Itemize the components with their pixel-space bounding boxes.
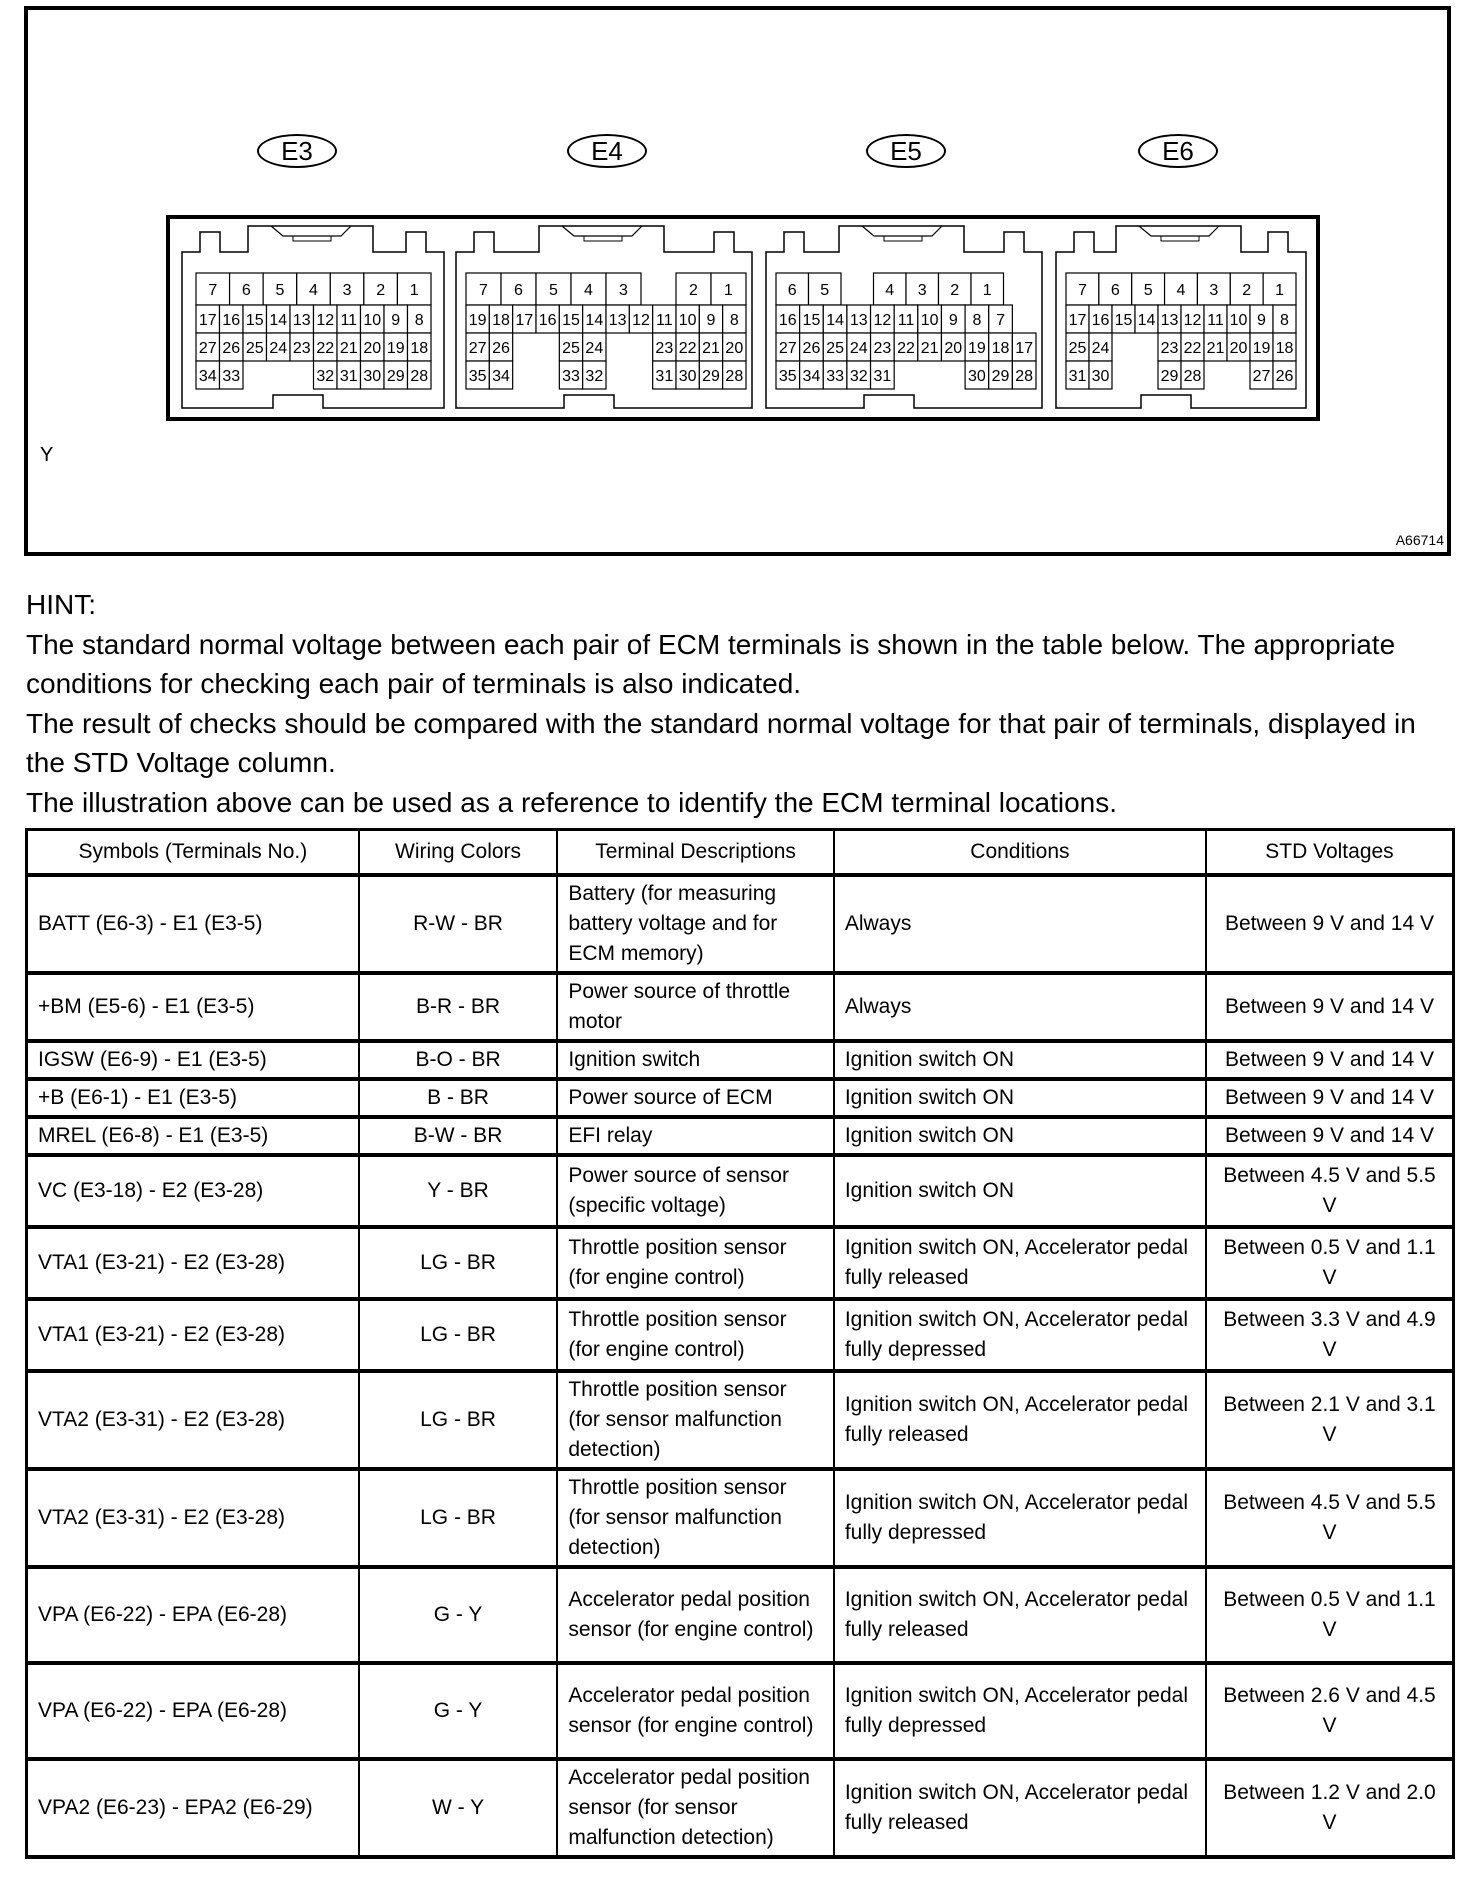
wiring-color-cell: LG - BR: [359, 1227, 558, 1299]
pin-number: 10: [921, 312, 939, 329]
wiring-color-cell: G - Y: [359, 1663, 558, 1759]
connector-label-e4: E4: [567, 134, 647, 168]
condition-cell: Ignition switch ON, Accelerator pedal fu…: [834, 1371, 1206, 1469]
pin-number: 22: [897, 340, 915, 357]
pin-number: 31: [655, 368, 673, 385]
pin-number: 17: [199, 312, 217, 329]
pin-number: 9: [707, 312, 716, 329]
pin-number: 20: [944, 340, 962, 357]
wiring-color-cell: LG - BR: [359, 1299, 558, 1371]
description-cell: EFI relay: [557, 1117, 834, 1155]
pin-number: 3: [619, 282, 628, 299]
pin-number: 17: [1015, 340, 1033, 357]
description-cell: Throttle position sensor (for engine con…: [557, 1227, 834, 1299]
pin-number: 27: [199, 340, 217, 357]
pin-number: 16: [222, 312, 240, 329]
symbol-cell: VC (E3-18) - E2 (E3-28): [27, 1155, 359, 1227]
pin-number: 18: [492, 312, 510, 329]
condition-cell: Ignition switch ON, Accelerator pedal fu…: [834, 1663, 1206, 1759]
pin-number: 26: [1276, 368, 1294, 385]
pin-number: 31: [873, 368, 891, 385]
pin-number: 24: [850, 340, 868, 357]
pin-number: 18: [992, 340, 1010, 357]
pin-number: 19: [469, 312, 487, 329]
std-voltage-cell: Between 0.5 V and 1.1 V: [1206, 1567, 1454, 1663]
symbol-cell: VPA (E6-22) - EPA (E6-28): [27, 1663, 359, 1759]
pin-number: 16: [779, 312, 797, 329]
pin-number: 18: [410, 340, 428, 357]
terminal-voltage-table: Symbols (Terminals No.) Wiring Colors Te…: [25, 828, 1455, 1859]
pin-number: 23: [293, 340, 311, 357]
pin-number: 2: [689, 282, 698, 299]
pin-number: 12: [1184, 312, 1202, 329]
pin-number: 34: [199, 368, 217, 385]
table-row: VTA1 (E3-21) - E2 (E3-28)LG - BRThrottle…: [27, 1299, 1454, 1371]
pin-number: 20: [1230, 340, 1248, 357]
wiring-color-cell: G - Y: [359, 1567, 558, 1663]
table-row: IGSW (E6-9) - E1 (E3-5)B-O - BRIgnition …: [27, 1041, 1454, 1079]
pin-number: 10: [1230, 312, 1248, 329]
condition-cell: Ignition switch ON: [834, 1079, 1206, 1117]
pin-number: 11: [1207, 312, 1224, 329]
table-row: MREL (E6-8) - E1 (E3-5)B-W - BREFI relay…: [27, 1117, 1454, 1155]
std-voltage-cell: Between 9 V and 14 V: [1206, 1079, 1454, 1117]
pin-number: 13: [850, 312, 868, 329]
pin-number: 7: [479, 282, 488, 299]
condition-cell: Ignition switch ON, Accelerator pedal fu…: [834, 1227, 1206, 1299]
table-row: VTA2 (E3-31) - E2 (E3-28)LG - BRThrottle…: [27, 1371, 1454, 1469]
connector-label-e5: E5: [866, 134, 946, 168]
pin-number: 6: [788, 282, 797, 299]
table-row: VTA1 (E3-21) - E2 (E3-28)LG - BRThrottle…: [27, 1227, 1454, 1299]
table-row: +B (E6-1) - E1 (E3-5)B - BRPower source …: [27, 1079, 1454, 1117]
description-cell: Throttle position sensor (for engine con…: [557, 1299, 834, 1371]
pin-number: 30: [679, 368, 697, 385]
pin-number: 21: [921, 340, 939, 357]
pin-number: 22: [316, 340, 334, 357]
pin-number: 35: [469, 368, 487, 385]
condition-cell: Ignition switch ON: [834, 1155, 1206, 1227]
pin-number: 19: [968, 340, 986, 357]
std-voltage-cell: Between 9 V and 14 V: [1206, 875, 1454, 973]
symbol-cell: VPA2 (E6-23) - EPA2 (E6-29): [27, 1759, 359, 1857]
pin-number: 14: [1138, 312, 1156, 329]
pin-number: 30: [968, 368, 986, 385]
pin-number: 29: [992, 368, 1010, 385]
pin-number: 4: [885, 282, 894, 299]
pin-number: 30: [363, 368, 381, 385]
description-cell: Accelerator pedal position sensor (for e…: [557, 1663, 834, 1759]
pin-number: 4: [309, 282, 318, 299]
pin-number: 21: [702, 340, 720, 357]
pin-number: 35: [779, 368, 797, 385]
pin-number: 31: [340, 368, 358, 385]
pin-number: 20: [363, 340, 381, 357]
pin-number: 15: [1115, 312, 1133, 329]
pin-number: 5: [275, 282, 284, 299]
pin-number: 31: [1069, 368, 1087, 385]
pin-number: 14: [826, 312, 844, 329]
pin-number: 13: [1161, 312, 1179, 329]
pin-number: 28: [725, 368, 743, 385]
description-cell: Power source of ECM: [557, 1079, 834, 1117]
table-row: VTA2 (E3-31) - E2 (E3-28)LG - BRThrottle…: [27, 1469, 1454, 1567]
pin-number: 2: [376, 282, 385, 299]
pin-number: 25: [826, 340, 844, 357]
pin-number: 30: [1092, 368, 1110, 385]
pin-number: 28: [410, 368, 428, 385]
table-row: BATT (E6-3) - E1 (E3-5)R-W - BRBattery (…: [27, 875, 1454, 973]
pin-number: 15: [803, 312, 821, 329]
hint-paragraph: The result of checks should be compared …: [26, 704, 1456, 783]
pin-number: 1: [410, 282, 419, 299]
condition-cell: Ignition switch ON, Accelerator pedal fu…: [834, 1759, 1206, 1857]
pin-number: 20: [725, 340, 743, 357]
pin-number: 8: [415, 312, 424, 329]
pin-number: 29: [1161, 368, 1179, 385]
pin-number: 7: [208, 282, 217, 299]
description-cell: Battery (for measuring battery voltage a…: [557, 875, 834, 973]
pin-number: 11: [898, 312, 915, 329]
symbol-cell: +B (E6-1) - E1 (E3-5): [27, 1079, 359, 1117]
pin-number: 12: [632, 312, 650, 329]
std-voltage-cell: Between 3.3 V and 4.9 V: [1206, 1299, 1454, 1371]
pin-number: 3: [918, 282, 927, 299]
column-header-std-voltages: STD Voltages: [1206, 830, 1454, 876]
wiring-color-cell: R-W - BR: [359, 875, 558, 973]
pin-number: 15: [562, 312, 580, 329]
std-voltage-cell: Between 4.5 V and 5.5 V: [1206, 1155, 1454, 1227]
pin-number: 22: [1184, 340, 1202, 357]
figure-id: A66714: [1396, 532, 1444, 548]
wiring-color-cell: B - BR: [359, 1079, 558, 1117]
pin-number: 33: [562, 368, 580, 385]
pin-number: 32: [585, 368, 603, 385]
description-cell: Power source of sensor (specific voltage…: [557, 1155, 834, 1227]
pin-number: 7: [996, 312, 1005, 329]
pin-number: 18: [1276, 340, 1294, 357]
pin-number: 5: [549, 282, 558, 299]
symbol-cell: VTA2 (E3-31) - E2 (E3-28): [27, 1469, 359, 1567]
description-cell: Ignition switch: [557, 1041, 834, 1079]
pin-number: 14: [585, 312, 603, 329]
pin-number: 27: [779, 340, 797, 357]
pin-number: 6: [1111, 282, 1120, 299]
table-row: VC (E3-18) - E2 (E3-28)Y - BRPower sourc…: [27, 1155, 1454, 1227]
symbol-cell: +BM (E5-6) - E1 (E3-5): [27, 973, 359, 1041]
pin-number: 23: [873, 340, 891, 357]
pin-number: 5: [1144, 282, 1153, 299]
description-cell: Accelerator pedal position sensor (for s…: [557, 1759, 834, 1857]
pin-number: 25: [246, 340, 264, 357]
pin-number: 10: [363, 312, 381, 329]
pin-number: 17: [515, 312, 533, 329]
pin-number: 9: [949, 312, 958, 329]
pin-number: 14: [269, 312, 287, 329]
description-cell: Throttle position sensor (for sensor mal…: [557, 1469, 834, 1567]
hint-heading: HINT:: [26, 585, 1456, 625]
pin-number: 8: [1280, 312, 1289, 329]
std-voltage-cell: Between 9 V and 14 V: [1206, 973, 1454, 1041]
symbol-cell: IGSW (E6-9) - E1 (E3-5): [27, 1041, 359, 1079]
pin-number: 2: [1242, 282, 1251, 299]
std-voltage-cell: Between 1.2 V and 2.0 V: [1206, 1759, 1454, 1857]
pin-number: 32: [850, 368, 868, 385]
pin-number: 13: [293, 312, 311, 329]
pin-number: 6: [514, 282, 523, 299]
pin-number: 17: [1069, 312, 1087, 329]
pin-number: 13: [609, 312, 627, 329]
pin-number: 3: [343, 282, 352, 299]
pin-number: 27: [469, 340, 487, 357]
condition-cell: Always: [834, 973, 1206, 1041]
pin-number: 26: [803, 340, 821, 357]
pin-number: 26: [222, 340, 240, 357]
std-voltage-cell: Between 4.5 V and 5.5 V: [1206, 1469, 1454, 1567]
wiring-color-cell: Y - BR: [359, 1155, 558, 1227]
pin-number: 27: [1253, 368, 1271, 385]
pin-number: 12: [316, 312, 334, 329]
description-cell: Power source of throttle motor: [557, 973, 834, 1041]
pin-number: 24: [1092, 340, 1110, 357]
symbol-cell: BATT (E6-3) - E1 (E3-5): [27, 875, 359, 973]
pin-number: 9: [1257, 312, 1266, 329]
pin-number: 19: [1253, 340, 1271, 357]
table-row: +BM (E5-6) - E1 (E3-5)B-R - BRPower sour…: [27, 973, 1454, 1041]
std-voltage-cell: Between 2.1 V and 3.1 V: [1206, 1371, 1454, 1469]
pin-number: 34: [803, 368, 821, 385]
ecm-connector-diagram: 7654321171615141312111098272625242322212…: [0, 0, 1472, 560]
symbol-cell: VTA1 (E3-21) - E2 (E3-28): [27, 1227, 359, 1299]
std-voltage-cell: Between 2.6 V and 4.5 V: [1206, 1663, 1454, 1759]
symbol-cell: VPA (E6-22) - EPA (E6-28): [27, 1567, 359, 1663]
pin-number: 15: [246, 312, 264, 329]
connector-e6: 7654321171615141312111098252423222120191…: [1056, 226, 1306, 408]
wiring-color-cell: B-O - BR: [359, 1041, 558, 1079]
pin-number: 24: [269, 340, 287, 357]
pin-number: 29: [702, 368, 720, 385]
pin-number: 4: [1177, 282, 1186, 299]
hint-paragraph: The illustration above can be used as a …: [26, 783, 1456, 823]
pin-number: 21: [1207, 340, 1225, 357]
pin-number: 23: [1161, 340, 1179, 357]
pin-number: 5: [820, 282, 829, 299]
pin-number: 4: [584, 282, 593, 299]
pin-number: 28: [1184, 368, 1202, 385]
description-cell: Accelerator pedal position sensor (for e…: [557, 1567, 834, 1663]
condition-cell: Ignition switch ON, Accelerator pedal fu…: [834, 1299, 1206, 1371]
table-header-row: Symbols (Terminals No.) Wiring Colors Te…: [27, 830, 1454, 876]
column-header-descriptions: Terminal Descriptions: [557, 830, 834, 876]
wiring-color-cell: B-R - BR: [359, 973, 558, 1041]
condition-cell: Ignition switch ON: [834, 1041, 1206, 1079]
std-voltage-cell: Between 9 V and 14 V: [1206, 1041, 1454, 1079]
pin-number: 12: [873, 312, 891, 329]
symbol-cell: VTA1 (E3-21) - E2 (E3-28): [27, 1299, 359, 1371]
pin-number: 16: [539, 312, 557, 329]
pin-number: 7: [1078, 282, 1087, 299]
description-cell: Throttle position sensor (for sensor mal…: [557, 1371, 834, 1469]
pin-number: 11: [340, 312, 357, 329]
condition-cell: Ignition switch ON, Accelerator pedal fu…: [834, 1567, 1206, 1663]
pin-number: 24: [585, 340, 603, 357]
column-header-symbols: Symbols (Terminals No.): [27, 830, 359, 876]
pin-number: 2: [950, 282, 959, 299]
pin-number: 1: [1275, 282, 1284, 299]
pin-number: 25: [1069, 340, 1087, 357]
std-voltage-cell: Between 9 V and 14 V: [1206, 1117, 1454, 1155]
column-header-conditions: Conditions: [834, 830, 1206, 876]
condition-cell: Always: [834, 875, 1206, 973]
pin-number: 34: [492, 368, 510, 385]
pin-number: 23: [655, 340, 673, 357]
wiring-color-cell: W - Y: [359, 1759, 558, 1857]
std-voltage-cell: Between 0.5 V and 1.1 V: [1206, 1227, 1454, 1299]
pin-number: 19: [387, 340, 405, 357]
pin-number: 6: [242, 282, 251, 299]
symbol-cell: VTA2 (E3-31) - E2 (E3-28): [27, 1371, 359, 1469]
pin-number: 10: [679, 312, 697, 329]
pin-number: 8: [730, 312, 739, 329]
connector-label-e6: E6: [1138, 134, 1218, 168]
pin-number: 28: [1015, 368, 1033, 385]
pin-number: 1: [724, 282, 733, 299]
wiring-color-cell: B-W - BR: [359, 1117, 558, 1155]
table-row: VPA (E6-22) - EPA (E6-28)G - YAccelerato…: [27, 1567, 1454, 1663]
pin-number: 26: [492, 340, 510, 357]
pin-number: 16: [1092, 312, 1110, 329]
pin-number: 33: [826, 368, 844, 385]
connector-label-e3: E3: [257, 134, 337, 168]
pin-number: 9: [391, 312, 400, 329]
connector-e3: 7654321171615141312111098272625242322212…: [182, 226, 444, 408]
wiring-color-cell: LG - BR: [359, 1371, 558, 1469]
connector-e5: 6543211615141312111098727262524232221201…: [766, 226, 1042, 408]
pin-number: 25: [562, 340, 580, 357]
hint-paragraph: The standard normal voltage between each…: [26, 625, 1456, 704]
view-direction-marker: Y: [40, 444, 53, 467]
pin-number: 33: [222, 368, 240, 385]
pin-number: 32: [316, 368, 334, 385]
condition-cell: Ignition switch ON, Accelerator pedal fu…: [834, 1469, 1206, 1567]
pin-number: 21: [340, 340, 358, 357]
condition-cell: Ignition switch ON: [834, 1117, 1206, 1155]
pin-number: 1: [983, 282, 992, 299]
pin-number: 29: [387, 368, 405, 385]
pin-number: 22: [679, 340, 697, 357]
pin-number: 3: [1209, 282, 1218, 299]
table-row: VPA (E6-22) - EPA (E6-28)G - YAccelerato…: [27, 1663, 1454, 1759]
hint-section: HINT: The standard normal voltage betwee…: [26, 585, 1456, 822]
connector-e4: 7654321191817161514131211109827262524232…: [456, 226, 752, 408]
pin-number: 8: [972, 312, 981, 329]
pin-number: 11: [656, 312, 673, 329]
table-row: VPA2 (E6-23) - EPA2 (E6-29)W - YAccelera…: [27, 1759, 1454, 1857]
column-header-wiring-colors: Wiring Colors: [359, 830, 558, 876]
symbol-cell: MREL (E6-8) - E1 (E3-5): [27, 1117, 359, 1155]
wiring-color-cell: LG - BR: [359, 1469, 558, 1567]
